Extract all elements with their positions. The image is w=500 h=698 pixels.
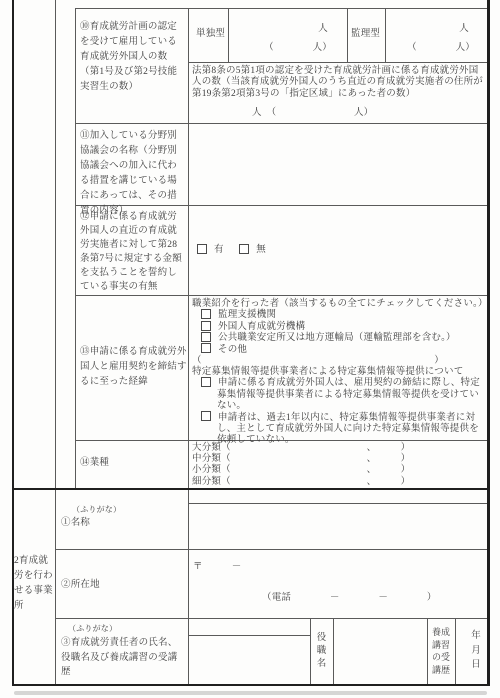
grid-line bbox=[75, 8, 487, 9]
scanned-form-page: ⑩育成就労計画の認定を受けて雇用している育成就労外国人の数（第1号及び第2号技能… bbox=[0, 0, 500, 698]
checkbox-referral-option[interactable] bbox=[201, 309, 211, 319]
item10-label: ⑩育成就労計画の認定を受けて雇用している育成就労外国人の数（第1号及び第2号技能… bbox=[80, 20, 186, 95]
item10-supervised-count-unit: 人 bbox=[385, 22, 469, 37]
referral-option: 監理支援機関 bbox=[218, 310, 276, 320]
industry-category: 中分類 bbox=[192, 454, 221, 464]
responsible-furigana-label: （ふりがな） bbox=[68, 624, 117, 634]
referral-title: 職業紹介を行った者（該当するもの全てにチェックしてください。） bbox=[192, 299, 488, 310]
address-label: ②所在地 bbox=[61, 578, 100, 593]
referral-other-open-paren: （ bbox=[192, 356, 202, 367]
provision-statement: 申請に係る育成就労外国人は、雇用契約の締結に際し、特定募集情報等提供事業者による… bbox=[217, 378, 480, 411]
checkbox-referral-option[interactable] bbox=[201, 321, 211, 331]
checkbox-referral-option[interactable] bbox=[201, 332, 211, 342]
item10-law-note: 法第8条の5第1項の認定を受けた育成就労計画に係る育成就労外国人の数（当該育成就… bbox=[192, 66, 486, 100]
grid-line bbox=[347, 8, 348, 62]
furigana-line bbox=[188, 635, 310, 636]
industry-category: 大分類 bbox=[192, 443, 221, 453]
item13-referral-block: 職業紹介を行った者（該当するもの全てにチェックしてください。） 監理支援機関 外… bbox=[192, 299, 488, 367]
item10-single-count-paren: （ 人） bbox=[228, 41, 332, 56]
training-header-cell: 養成講習の受講歴 bbox=[427, 618, 455, 684]
postal-code-blank: 〒 － bbox=[193, 560, 242, 575]
grid-line bbox=[12, 684, 490, 686]
item10-supervised-count-paren: （ 人） bbox=[385, 41, 475, 56]
provision-title: 特定募集情報等提供事業者による特定募集情報等提供について bbox=[192, 367, 488, 378]
industry-blank: （ 、 ） bbox=[221, 443, 410, 453]
section2-title: 2育成就労を行わせる事業所 bbox=[14, 554, 55, 614]
date-header: 年月日 bbox=[471, 629, 481, 673]
position-header: 役職名 bbox=[316, 632, 327, 671]
item10-law-count-blank: 人 （ 人） bbox=[252, 106, 373, 121]
checkbox-provision-statement[interactable] bbox=[201, 411, 211, 421]
page-edge-artifact bbox=[14, 691, 487, 695]
date-header-cell: 年月日 bbox=[455, 618, 487, 684]
furigana-line bbox=[188, 503, 487, 504]
item12-no-label: 無 bbox=[256, 245, 266, 255]
name-furigana-label: （ふりがな） bbox=[72, 505, 121, 515]
referral-option: その他 bbox=[218, 345, 247, 355]
checkbox-no[interactable] bbox=[239, 244, 249, 254]
industry-blank: （ 、 ） bbox=[221, 465, 410, 475]
training-header: 養成講習の受講歴 bbox=[431, 626, 452, 676]
referral-other-close-paren: ） bbox=[434, 356, 444, 367]
item10-single-type-label: 単独型 bbox=[196, 27, 225, 42]
checkbox-yes[interactable] bbox=[197, 244, 207, 254]
industry-category: 小分類 bbox=[192, 465, 221, 475]
item14-label: ⑭業種 bbox=[80, 456, 109, 471]
phone-blank: （電話 － － ） bbox=[262, 591, 437, 606]
section-divider-line bbox=[12, 488, 490, 490]
grid-line bbox=[75, 123, 487, 124]
responsible-label: ③育成就労責任者の氏名、役職名及び養成講習の受講歴 bbox=[61, 636, 187, 680]
item10-single-count-unit: 人 bbox=[228, 22, 328, 37]
grid-line bbox=[55, 549, 487, 550]
grid-line bbox=[188, 62, 487, 63]
grid-line bbox=[75, 8, 76, 488]
industry-blank: （ 、 ） bbox=[221, 454, 410, 464]
referral-option: 外国人育成就労機構 bbox=[218, 322, 305, 332]
grid-line bbox=[75, 295, 487, 296]
grid-line bbox=[55, 0, 56, 684]
industry-blank: （ 、 ） bbox=[221, 477, 410, 487]
checkbox-provision-statement[interactable] bbox=[201, 377, 211, 387]
grid-line bbox=[333, 618, 334, 684]
item12-label: ⑫申請に係る育成就労外国人の直近の育成就労実施者に対して第28条第7号に規定する… bbox=[80, 210, 186, 294]
industry-category: 細分類 bbox=[192, 477, 221, 487]
referral-option: 公共職業安定所又は地方運輸局（運輸監理部を含む。） bbox=[218, 333, 456, 343]
item13-provision-block: 特定募集情報等提供事業者による特定募集情報等提供について 申請に係る育成就労外国… bbox=[192, 367, 488, 447]
provision-statement: 申請者は、過去1年以内に、特定募集情報等提供事業者に対し、主として育成就労外国人… bbox=[217, 413, 479, 446]
item12-yes-label: 有 bbox=[214, 245, 224, 255]
name-label: ①名称 bbox=[61, 516, 90, 531]
checkbox-referral-option[interactable] bbox=[201, 343, 211, 353]
item10-supervised-type-label: 監理型 bbox=[351, 27, 380, 42]
item11-label: ⑪加入している分野別協議会の名称（分野別協議会への加入に代わる措置を講じている場… bbox=[80, 129, 186, 219]
position-header-cell: 役職名 bbox=[310, 618, 333, 684]
grid-line bbox=[55, 618, 487, 619]
item13-label: ⑬申請に係る育成就労外国人と雇用契約を締結するに至った経緯 bbox=[80, 345, 190, 390]
item14-industry-block: 大分類（ 、 ） 中分類（ 、 ） 小分類（ 、 ） 細分類（ 、 ） bbox=[192, 443, 488, 488]
